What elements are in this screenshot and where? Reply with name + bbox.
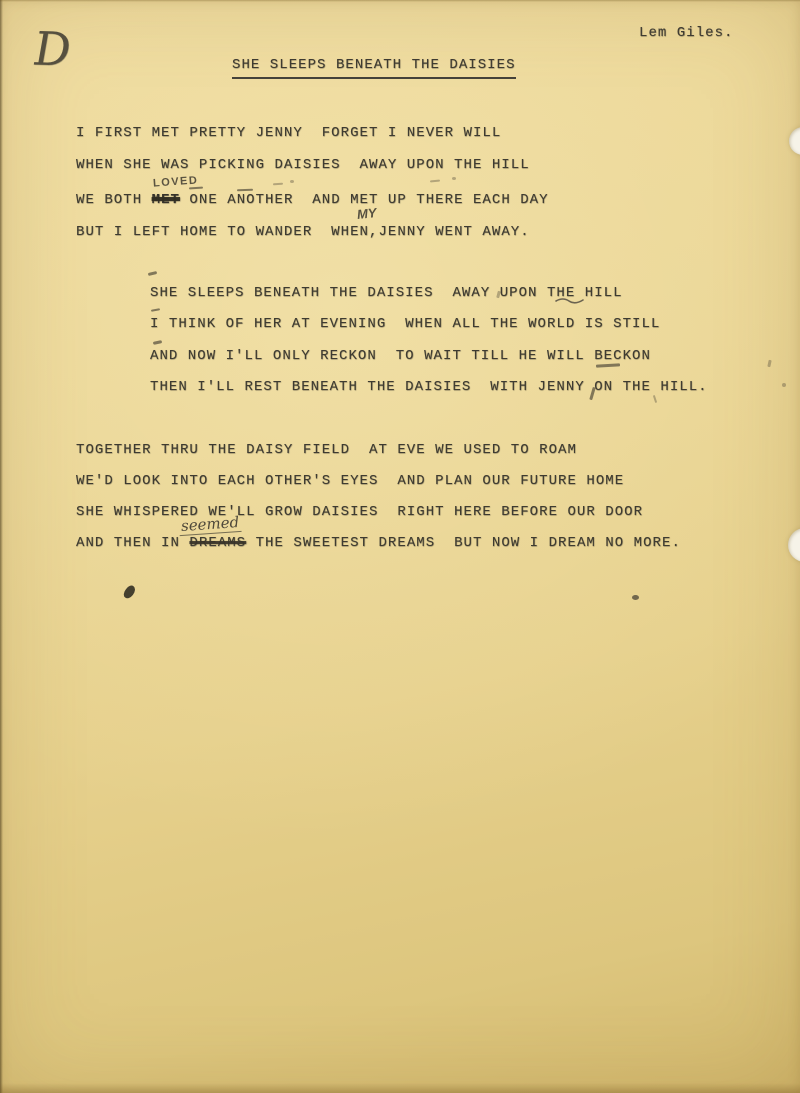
pencil-squiggle-mark — [556, 297, 583, 303]
pencil-underline-mark — [596, 363, 620, 367]
strikethrough-word: MET — [152, 192, 180, 208]
song-title: SHE SLEEPS BENEATH THE DAISIES — [232, 58, 516, 79]
pencil-dot-mark — [290, 180, 294, 183]
lyric-line: I FIRST MET PRETTY JENNY FORGET I NEVER … — [76, 126, 501, 141]
lyric-line: AND NOW I'LL ONLY RECKON TO WAIT TILL HE… — [150, 349, 651, 364]
pencil-apostrophe-mark — [767, 360, 771, 367]
document-page: D Lem Giles. SHE SLEEPS BENEATH THE DAIS… — [0, 0, 800, 1093]
pencil-tick-mark — [148, 271, 157, 276]
page-edge-shadow-bottom — [0, 1083, 800, 1093]
lyric-text: THEN I'LL REST BENEATH THE DAISIES WITH … — [150, 379, 585, 395]
lyric-line: SHE WHISPERED WE'LL GROW DAISIES RIGHT H… — [76, 505, 643, 520]
author-name: Lem Giles. — [639, 26, 734, 41]
pencil-correction-seemed: seemed — [178, 513, 241, 536]
lyric-line: BUT I LEFT HOME TO WANDER WHEN,JENNY WEN… — [76, 225, 530, 240]
lyric-line: WE'D LOOK INTO EACH OTHER'S EYES AND PLA… — [76, 474, 624, 489]
pencil-tick-mark — [151, 308, 160, 312]
lyric-text: THE SWEETEST DREAMS BUT NOW I DREAM NO M… — [246, 535, 681, 551]
ink-speck — [632, 595, 639, 600]
pencil-correction-my: MY — [356, 205, 377, 222]
hole-punch-bottom — [788, 528, 800, 562]
lyric-text: WE BOTH — [76, 192, 152, 208]
lyric-line: I THINK OF HER AT EVENING WHEN ALL THE W… — [150, 317, 660, 332]
lyric-text: AND THEN IN — [76, 535, 189, 551]
pencil-tick-mark — [153, 340, 162, 345]
lyric-line: WHEN SHE WAS PICKING DAISIES AWAY UPON T… — [76, 158, 530, 173]
hole-punch-top — [789, 127, 800, 155]
pencil-tick-mark — [653, 395, 657, 403]
lyric-line: THEN I'LL REST BENEATH THE DAISIES WITH … — [150, 380, 708, 395]
lyric-text: JENNY WENT AWAY. — [378, 224, 529, 240]
pencil-corner-mark: D — [29, 21, 75, 76]
ink-blot — [122, 584, 138, 601]
lyric-text: ON THE HILL. — [585, 379, 708, 395]
strikethrough-word: DREAMS — [189, 535, 246, 551]
pencil-dash-mark — [189, 187, 203, 190]
lyric-line: WE BOTH MET ONE ANOTHER AND MET UP THERE… — [76, 193, 549, 208]
lyric-line: AND THEN IN DREAMS THE SWEETEST DREAMS B… — [76, 536, 681, 551]
pencil-dash-mark — [237, 189, 253, 192]
pencil-dot-mark — [782, 383, 786, 387]
page-edge-shadow-top — [0, 0, 800, 2]
lyric-line: SHE SLEEPS BENEATH THE DAISIES AWAY UPON… — [150, 286, 623, 301]
page-edge-shadow-left — [0, 0, 3, 1093]
pencil-dash-mark — [273, 183, 283, 186]
pencil-dot-mark — [452, 177, 456, 180]
lyric-line: TOGETHER THRU THE DAISY FIELD AT EVE WE … — [76, 443, 577, 458]
lyric-text: BUT I LEFT HOME TO WANDER WHEN, — [76, 224, 378, 240]
pencil-dash-mark — [430, 179, 440, 182]
